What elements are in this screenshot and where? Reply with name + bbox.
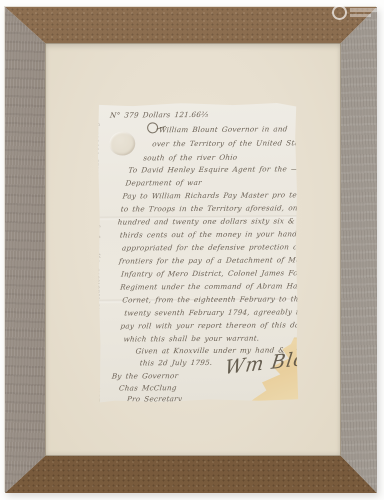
- side-docket-text: Pay &c 121.66⅔ — Entered in the Auditors…: [92, 166, 102, 438]
- watermark-circle-logo-icon: [332, 5, 347, 20]
- document-number-line: N° 379 Dollars 121.66⅔: [110, 110, 209, 120]
- body-line: Infantry of Mero District, Colonel James…: [121, 268, 313, 278]
- header-line: south of the river Ohio: [143, 153, 238, 163]
- address-line: Department of war: [125, 178, 202, 188]
- watermark: [332, 5, 377, 20]
- body-line: pay roll with your report thereon of thi…: [120, 320, 325, 330]
- picture-frame: N° 379 Dollars 121.66⅔ William Blount Go…: [5, 7, 377, 493]
- embossed-seal: [109, 131, 135, 155]
- paraph-flourish-icon: [147, 122, 158, 133]
- address-line: To David Henley Esquire Agent for the —: [128, 164, 299, 174]
- attestation-line: Pro Secretary: [127, 394, 183, 403]
- header-line: William Blount Governor in and: [159, 124, 288, 134]
- attestation-line: Chas McClung: [118, 383, 177, 392]
- watermark-text-bars: [350, 8, 377, 17]
- body-line: thirds cents out of the money in your ha…: [119, 229, 312, 239]
- body-line: which this shall be your warrant.: [123, 334, 260, 344]
- document: N° 379 Dollars 121.66⅔ William Blount Go…: [97, 102, 299, 403]
- body-line: Cornet, from the eighteenth February to …: [122, 294, 304, 304]
- body-line: frontiers for the pay of a Detachment of…: [119, 255, 324, 265]
- body-line: appropriated for the defensive protectio…: [122, 242, 318, 252]
- attestation-line: By the Governor: [111, 371, 178, 380]
- body-line: twenty seventh February 1794, agreeably …: [124, 307, 316, 317]
- closing-line: this 2d July 1795.: [139, 358, 213, 368]
- auction-photo: N° 379 Dollars 121.66⅔ William Blount Go…: [0, 0, 384, 500]
- header-line: over the Territory of the United States: [152, 138, 311, 148]
- body-line: Pay to William Richards Pay Master pro t…: [122, 190, 304, 200]
- mat-board: N° 379 Dollars 121.66⅔ William Blount Go…: [45, 43, 341, 456]
- body-line: to the Troops in the Territory aforesaid…: [120, 203, 310, 213]
- body-line: Regiment under the command of Abram Hast…: [120, 281, 315, 291]
- body-line: hundred and twenty one dollars sixty six…: [117, 216, 313, 226]
